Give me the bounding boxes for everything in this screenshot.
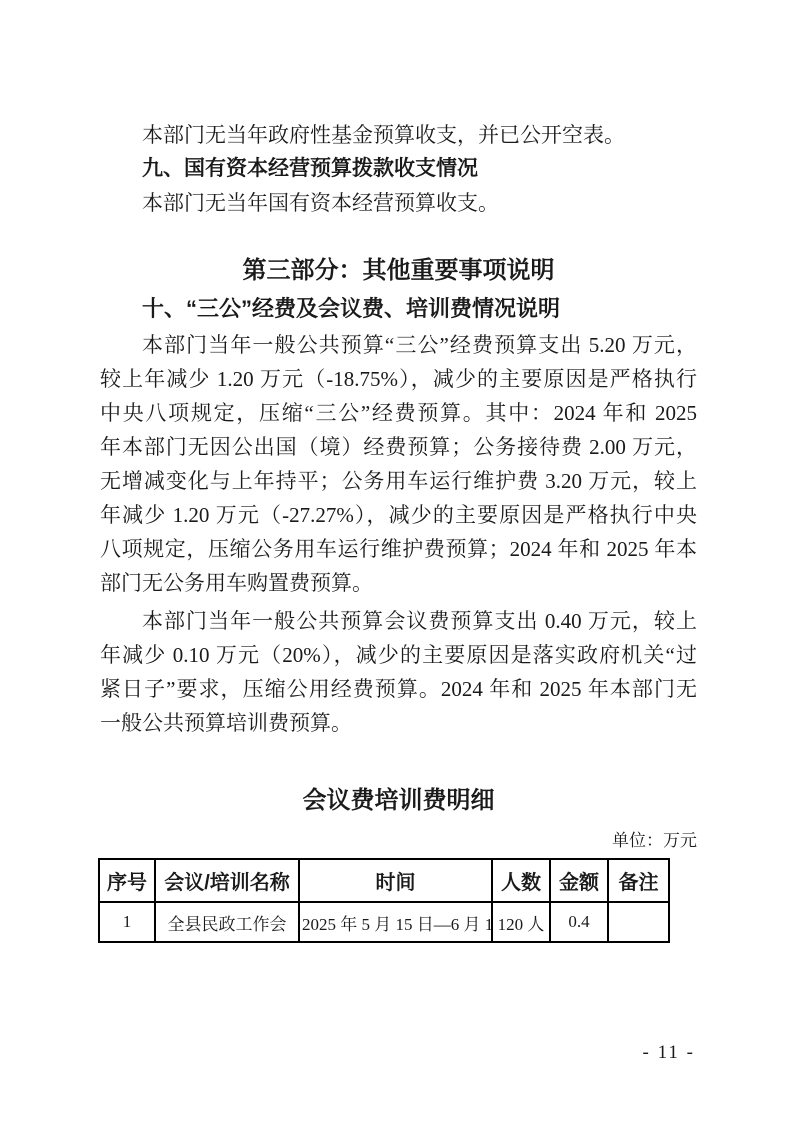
table-header-amount: 金额: [550, 859, 608, 902]
section-gap: [100, 220, 697, 252]
paragraph-line: 本部门当年一般公共预算“三公”经费预算支出 5.20 万元，: [100, 328, 697, 362]
document-page: 本部门无当年政府性基金预算收支，并已公开空表。 九、国有资本经营预算拨款收支情况…: [0, 0, 793, 1122]
heading-nine: 九、国有资本经营预算拨款收支情况: [100, 152, 697, 186]
heading-ten: 十、“三公”经费及会议费、培训费情况说明: [100, 290, 697, 328]
table-header-seq: 序号: [99, 859, 155, 902]
paragraph-gov-fund: 本部门无当年政府性基金预算收支，并已公开空表。: [100, 118, 697, 152]
paragraph-line: 无增减变化与上年持平；公务用车运行维护费 3.20 万元，较上: [100, 464, 697, 498]
paragraph-line: 八项规定，压缩公务用车运行维护费预算；2024 年和 2025 年本: [100, 532, 697, 566]
meeting-table-title: 会议费培训费明细: [100, 782, 697, 820]
table-header-note: 备注: [608, 859, 669, 902]
paragraph-line: 中央八项规定，压缩“三公”经费预算。其中：2024 年和 2025: [100, 396, 697, 430]
paragraph-line: 年减少 0.10 万元（20%），减少的主要原因是落实政府机关“过: [100, 638, 697, 672]
table-cell-amount: 0.4: [550, 902, 608, 942]
table-header-people: 人数: [492, 859, 550, 902]
paragraph-line: 较上年减少 1.20 万元（-18.75%），减少的主要原因是严格执行: [100, 362, 697, 396]
table-header-name: 会议/培训名称: [155, 859, 299, 902]
table-header-time: 时间: [299, 859, 492, 902]
table-cell-name: 全县民政工作会: [155, 902, 299, 942]
paragraph-line: 部门无公务用车购置费预算。: [100, 566, 697, 600]
unit-label: 单位：万元: [100, 828, 697, 854]
paragraph-line: 紧日子”要求，压缩公用经费预算。2024 年和 2025 年本部门无: [100, 672, 697, 706]
paragraph-line: 年减少 1.20 万元（-27.27%），减少的主要原因是严格执行中央: [100, 498, 697, 532]
table-cell-note: [608, 902, 669, 942]
page-number: - 11 -: [643, 1040, 695, 1066]
paragraph-meeting-fee: 本部门当年一般公共预算会议费预算支出 0.40 万元，较上 年减少 0.10 万…: [100, 604, 697, 740]
paragraph-line: 年本部门无因公出国（境）经费预算；公务接待费 2.00 万元，: [100, 430, 697, 464]
paragraph-line: 本部门当年一般公共预算会议费预算支出 0.40 万元，较上: [100, 604, 697, 638]
table-cell-seq: 1: [99, 902, 155, 942]
table-header-row: 序号 会议/培训名称 时间 人数 金额 备注: [99, 859, 669, 902]
table-row: 1 全县民政工作会 2025 年 5 月 15 日—6 月 15 日 120 人…: [99, 902, 669, 942]
document-content: 本部门无当年政府性基金预算收支，并已公开空表。 九、国有资本经营预算拨款收支情况…: [100, 118, 697, 943]
table-cell-people: 120 人: [492, 902, 550, 942]
paragraph-line: 一般公共预算培训费预算。: [100, 706, 697, 740]
paragraph-sangong: 本部门当年一般公共预算“三公”经费预算支出 5.20 万元， 较上年减少 1.2…: [100, 328, 697, 600]
part-three-title: 第三部分：其他重要事项说明: [100, 252, 697, 290]
paragraph-state-capital: 本部门无当年国有资本经营预算收支。: [100, 186, 697, 220]
meeting-training-table: 序号 会议/培训名称 时间 人数 金额 备注 1 全县民政工作会 2025 年 …: [98, 858, 670, 943]
table-cell-time: 2025 年 5 月 15 日—6 月 15 日: [299, 902, 492, 942]
